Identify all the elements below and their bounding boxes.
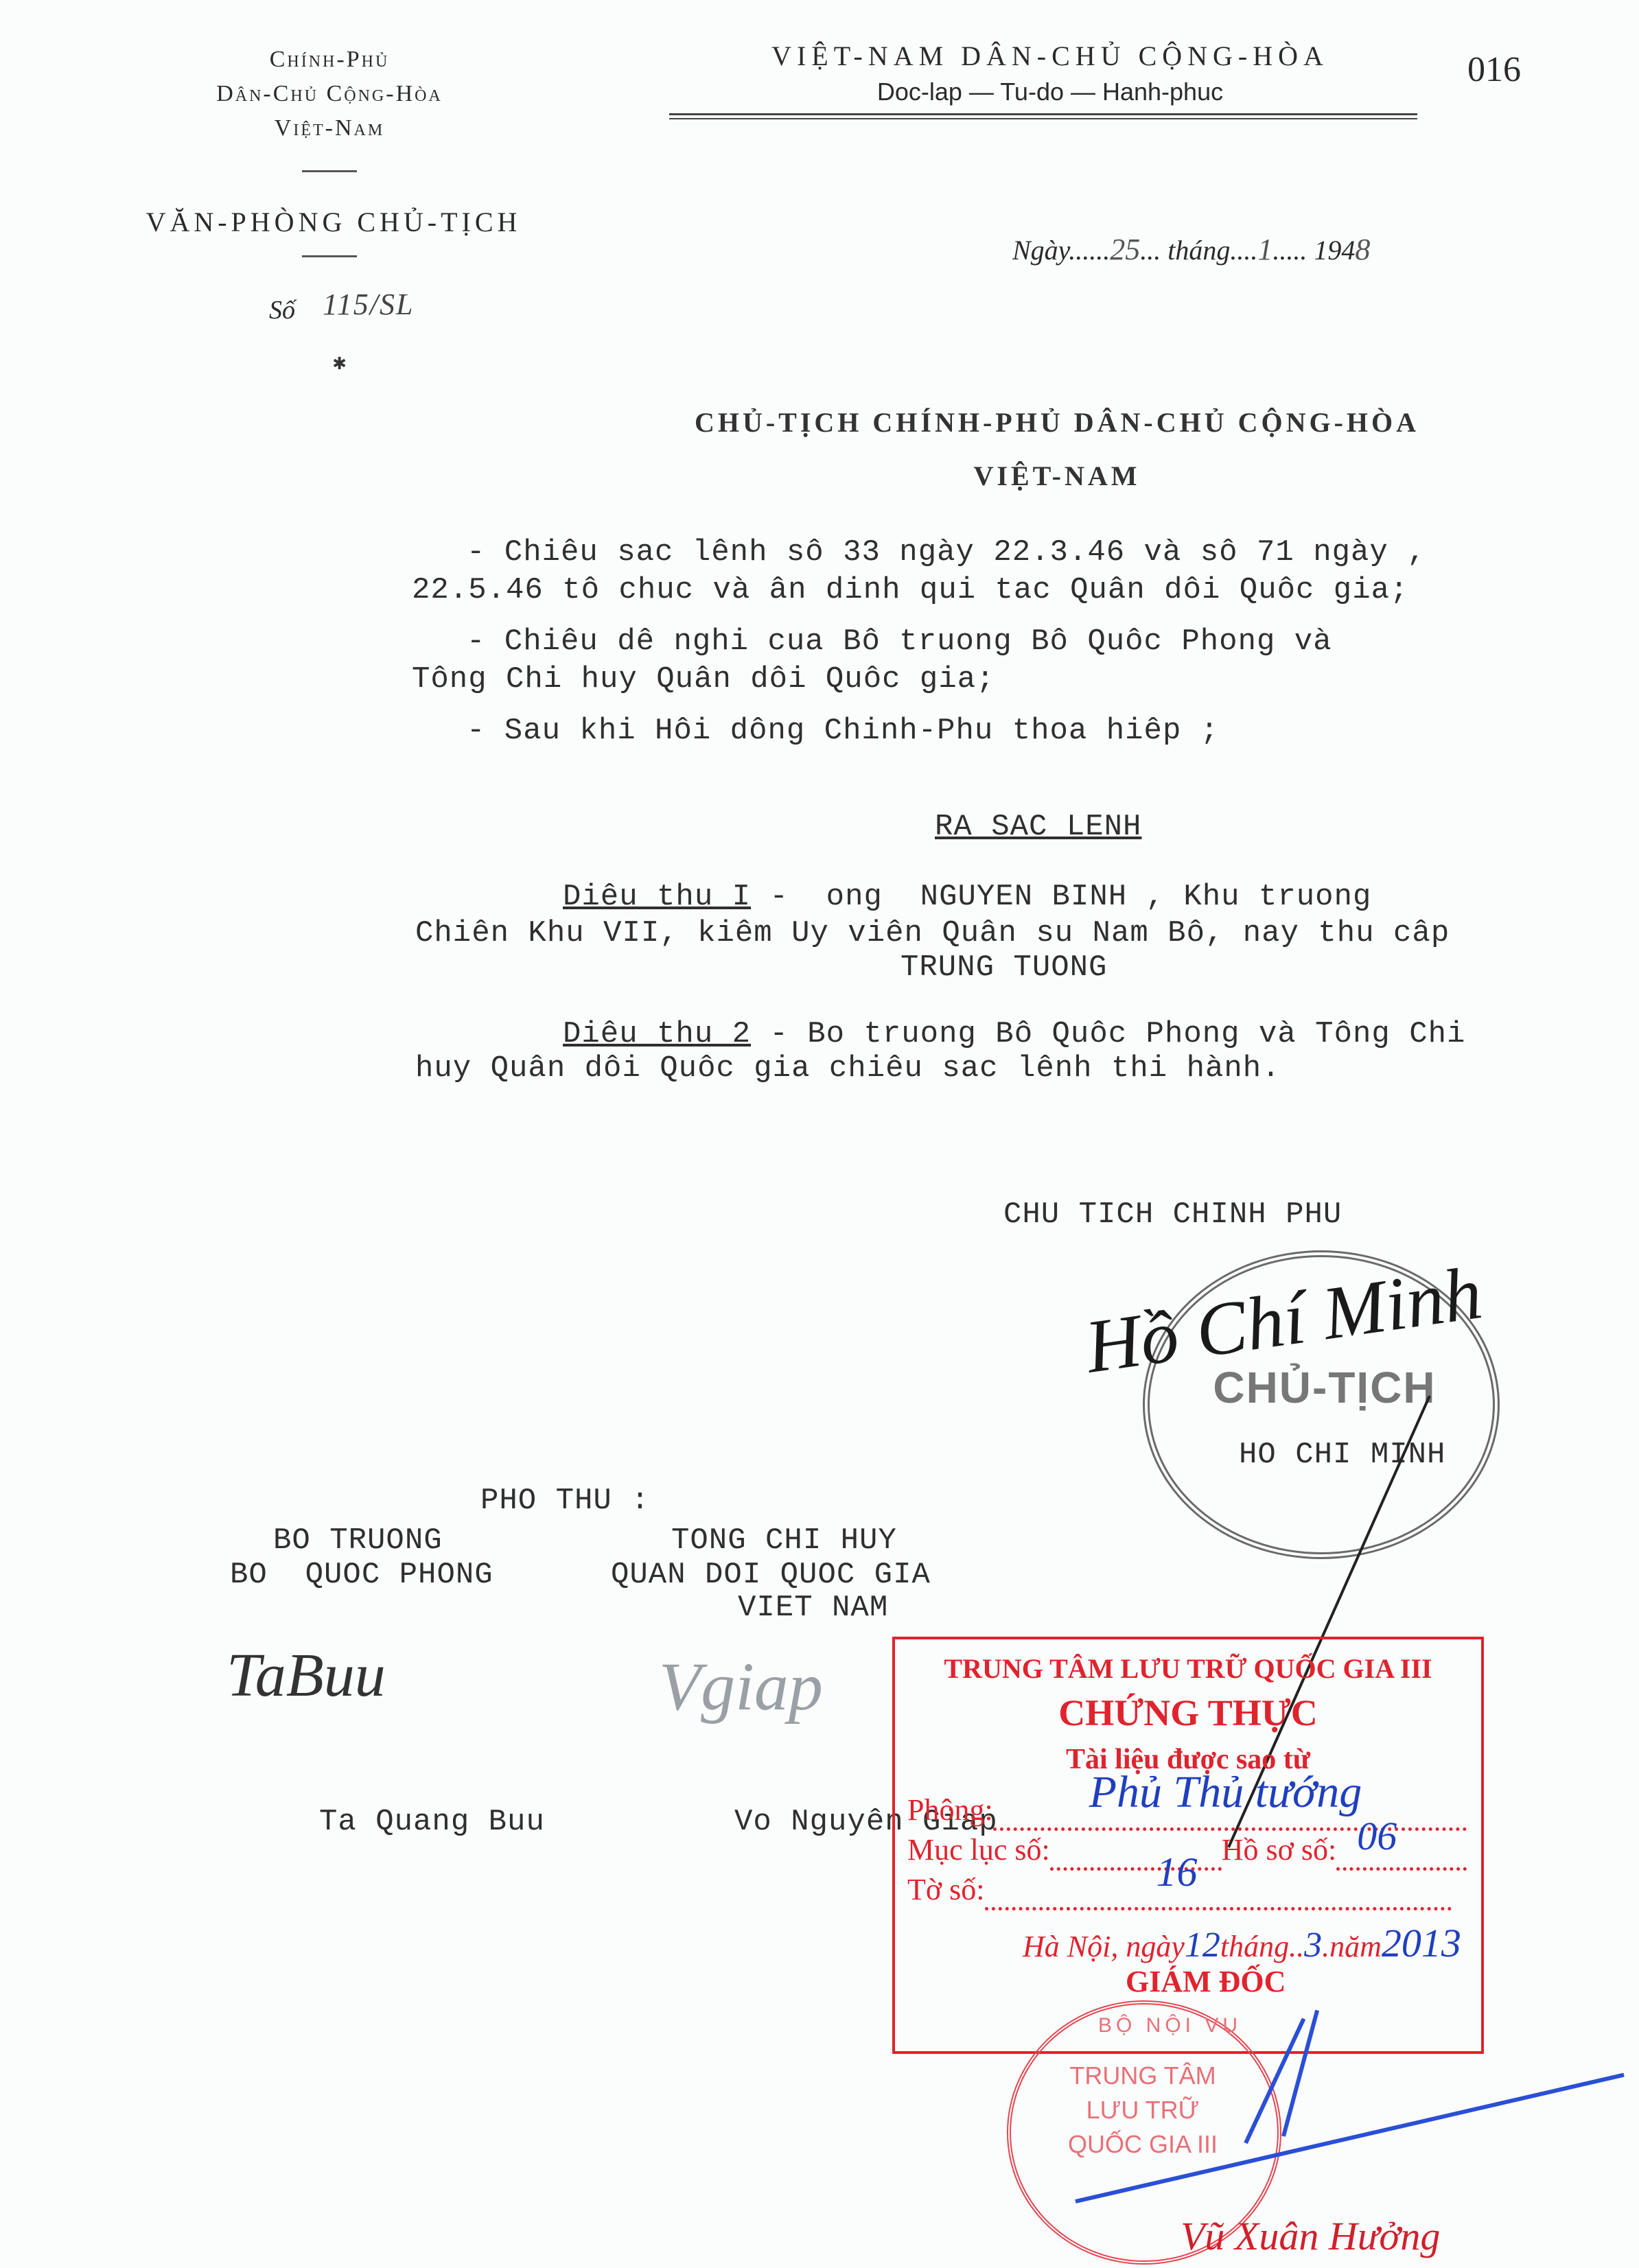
date-year-prefix: 194 <box>1314 235 1355 266</box>
preamble-2-line2: Tông Chi huy Quân dôi Quôc gia; <box>412 662 995 697</box>
office-name: VĂN-PHÒNG CHỦ-TỊCH <box>121 206 546 238</box>
letterhead-left-line1: Chính-Phủ <box>158 43 501 77</box>
divider <box>302 170 357 172</box>
header-rule <box>669 118 1417 119</box>
certification-title: CHỨNG THỰC <box>892 1692 1484 1734</box>
certification-org: TRUNG TÂM LƯU TRỮ QUỐC GIA III <box>892 1652 1484 1685</box>
field-to-so-label: Tờ số: <box>907 1873 985 1906</box>
countersign-right-title2: QUAN DOI QUOC GIA <box>611 1558 931 1592</box>
cert-month: 3 <box>1304 1926 1322 1965</box>
letterhead-left-line3: Việt-Nam <box>158 111 501 145</box>
field-ho-so-label: Hồ sơ số: <box>1222 1833 1337 1867</box>
date-day-label: Ngày <box>1012 235 1069 266</box>
minister-signature: TaBuu <box>226 1640 386 1711</box>
countersign-right-title3: VIET NAM <box>738 1591 888 1625</box>
field-to-so: Tờ số:16 <box>907 1872 1452 1910</box>
certification-director-title: GIÁM ĐỐC <box>1126 1964 1286 1999</box>
cert-year: 2013 <box>1382 1921 1461 1965</box>
document-number-label: Số <box>269 295 295 325</box>
director-name: Vũ Xuân Hưởng <box>1181 2213 1440 2259</box>
date-month-label: tháng <box>1167 235 1230 266</box>
countersign-left-title1: BO TRUONG <box>273 1523 443 1558</box>
field-to-so-value: 16 <box>1156 1849 1198 1896</box>
article-1-rank: TRUNG TUONG <box>900 950 1107 985</box>
motto: Doc-lap — Tu-do — Hanh-phuc <box>728 78 1373 106</box>
field-phong-value: Phủ Thủ tướng <box>1089 1766 1362 1819</box>
page-stamp: 016 <box>1467 49 1521 90</box>
article-1-label: Diêu thu I <box>563 880 751 914</box>
countersign-label: PHO THU : <box>480 1484 650 1518</box>
countersign-left-name: Ta Quang Buu <box>319 1805 545 1839</box>
article-2-line2: huy Quân dôi Quôc gia chiêu sac lênh thi… <box>415 1051 1281 1086</box>
field-muc-luc-label: Mục lục số: <box>907 1833 1050 1867</box>
country-title: VIỆT-NAM DÂN-CHỦ CỘNG-HÒA <box>728 40 1373 72</box>
document-number-value: 115/SL <box>323 287 414 322</box>
cert-day: 12 <box>1185 1926 1220 1965</box>
certification-date: Hà Nội, ngày12tháng..3.năm2013 <box>1023 1920 1461 1966</box>
decree-heading-country: VIỆT-NAM <box>604 460 1510 492</box>
archive-seal-text: TRUNG TÂM LƯU TRỮ QUỐC GIA III <box>1057 2059 1229 2162</box>
header-rule <box>669 113 1417 115</box>
preamble-1-line1: - Chiêu sac lênh sô 33 ngày 22.3.46 và s… <box>467 535 1426 570</box>
letterhead-left-line2: Dân-Chủ Cộng-Hòa <box>158 77 501 111</box>
divider <box>302 255 357 257</box>
article-1-line2: Chiên Khu VII, kiêm Uy viên Quân su Nam … <box>415 916 1450 950</box>
countersign-right-title1: TONG CHI HUY <box>671 1523 897 1558</box>
article-2-label: Diêu thu 2 <box>563 1017 751 1051</box>
decree-title: RA SAC LENH <box>935 810 1141 844</box>
decree-heading: CHỦ-TỊCH CHÍNH-PHỦ DÂN-CHỦ CỘNG-HÒA <box>604 406 1510 439</box>
star-icon: ✱ <box>333 349 346 376</box>
countersign-left-title2: BO QUOC PHONG <box>230 1558 493 1592</box>
date-line: Ngày......25... tháng....1..... 1948 <box>1012 232 1370 267</box>
field-ho-so-value: 06 <box>1357 1813 1397 1859</box>
letterhead-left: Chính-Phủ Dân-Chủ Cộng-Hòa Việt-Nam <box>158 43 501 145</box>
article-2-line1: Diêu thu 2 - Bo truong Bô Quôc Phong và … <box>563 1017 1465 1051</box>
date-year-suffix: 8 <box>1355 233 1370 266</box>
date-day-value: 25 <box>1110 233 1140 266</box>
archive-seal-ring: BỘ NỘI VỤ <box>1098 2014 1242 2037</box>
preamble-2-line1: - Chiêu dê nghi cua Bô truong Bô Quôc Ph… <box>467 624 1332 659</box>
date-month-value: 1 <box>1257 233 1272 266</box>
signatory-name: HO CHI MINH <box>1239 1438 1445 1472</box>
preamble-1-line2: 22.5.46 tô chuc và ân dinh qui tac Quân … <box>412 573 1408 607</box>
preamble-3-line1: - Sau khi Hôi dông Chinh-Phu thoa hiêp ; <box>467 714 1219 748</box>
field-phong-label: Phông: <box>907 1793 993 1827</box>
commander-signature: Vgiap <box>659 1647 823 1726</box>
article-1-line1: Diêu thu I - ong NGUYEN BINH , Khu truon… <box>563 880 1371 914</box>
signatory-title: CHU TICH CHINH PHU <box>1003 1197 1342 1232</box>
